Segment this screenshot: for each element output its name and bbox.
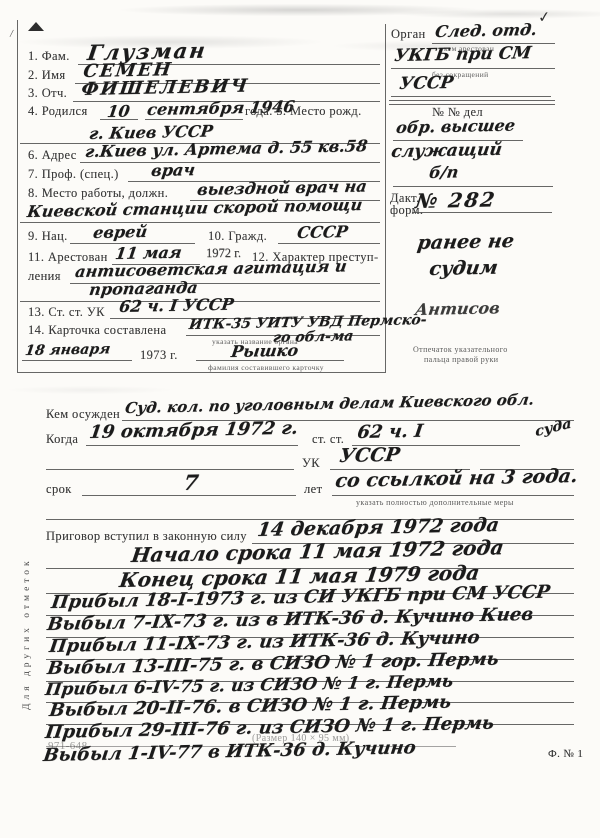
margin-tick-mark: / <box>9 28 14 40</box>
compiled-year: 1973 г. <box>140 348 178 363</box>
field-label-organ: Орган <box>391 27 426 42</box>
article-value: 62 ч. I УССР <box>118 295 235 316</box>
birth-day-value: 10 <box>106 102 131 121</box>
field-label-patronymic: 3. Отч. <box>28 86 67 101</box>
organ-value-line1: След. отд. <box>434 20 538 41</box>
compiler-name-value: Рышко <box>230 341 300 361</box>
underline <box>391 96 551 97</box>
field-label-article: 13. Ст. ст. УК <box>28 305 105 320</box>
underline <box>22 360 132 361</box>
prisoner-card-scan: / ✓ 1. Фам. Глузман 2. Имя СЕМЕН 3. Отч.… <box>0 0 600 838</box>
sentenced-by-value: Суд. кол. по уголовным делам Киевского о… <box>124 390 535 417</box>
underline <box>278 243 380 244</box>
party-status-value: б/п <box>428 162 460 182</box>
profession-value: врач <box>150 160 196 180</box>
nationality-value: еврей <box>92 222 148 242</box>
underline <box>86 445 298 446</box>
compiled-date-value: 18 января <box>24 341 111 359</box>
caption-compiler-name: фамилия составившего карточку <box>208 363 324 372</box>
field-label-firstname: 2. Имя <box>28 68 66 83</box>
underline <box>80 162 380 163</box>
articles-value: 62 ч. I <box>356 421 424 443</box>
field-label-articles: ст. ст. <box>312 432 344 447</box>
patronymic-value: ФИШЕЛЕВИЧ <box>80 76 250 100</box>
organ-value-line2: УКГБ при СМ <box>393 43 532 66</box>
field-label-nationality: 9. Нац. <box>28 229 68 244</box>
underline <box>46 469 294 470</box>
checkmark-annotation: ✓ <box>537 7 551 27</box>
underline <box>82 495 296 496</box>
term-value: 7 <box>182 470 200 495</box>
side-caption-other-notes: Для других отметок <box>22 470 32 710</box>
field-label-address: 6. Адрес <box>28 148 77 163</box>
field-label-profession: 7. Проф. (спец.) <box>28 167 119 182</box>
caption-fingerprint-line1: Отпечаток указательного <box>413 345 508 354</box>
citizenship-value: СССР <box>296 222 349 242</box>
field-label-sentenced-by: Кем осужден <box>46 407 120 422</box>
card-bottom-border <box>17 372 386 373</box>
field-label-birthplace: года. 5. Место рожд. <box>245 104 362 119</box>
field-label-crime-cont: ления <box>28 269 61 284</box>
field-label-citizenship: 10. Гражд. <box>208 229 267 244</box>
no-prior-conviction-note-line1: ранее не <box>416 230 516 254</box>
occupation-value: служащий <box>390 140 503 162</box>
field-label-uk: УК <box>302 456 320 471</box>
field-label-when: Когда <box>46 432 78 447</box>
print-code: 971-648 <box>48 740 87 752</box>
field-label-surname: 1. Фам. <box>28 49 70 64</box>
size-note-print: (Размер 140 × 95 мм) <box>252 733 350 744</box>
term-extra-value: со ссылкой на 3 года. <box>334 465 579 492</box>
dact-form-value: № 282 <box>414 187 498 213</box>
no-prior-conviction-note-line2: судим <box>428 257 499 280</box>
underline <box>145 119 243 120</box>
organ-value-line3: УССР <box>398 73 455 94</box>
antisov-signature: Антисов <box>414 298 501 319</box>
caption-additional-measures: указать полностью дополнительные меры <box>356 498 514 507</box>
education-value: обр. высшее <box>395 116 516 137</box>
field-label-term: срок <box>46 482 72 497</box>
underline <box>332 495 574 496</box>
sentence-date-value: 19 октября 1972 г. <box>88 418 299 443</box>
corner-triangle-mark <box>28 22 44 31</box>
caption-fingerprint-line2: пальца правой руки <box>424 355 498 364</box>
field-label-born: 4. Родился <box>28 104 88 119</box>
card-left-border <box>17 20 18 372</box>
field-label-years: лет <box>304 482 322 497</box>
uk-value: УССР <box>338 444 401 467</box>
field-label-card-compiled: 14. Карточка составлена <box>28 323 166 338</box>
underline <box>391 68 555 69</box>
form-number: Ф. № 1 <box>548 748 583 760</box>
